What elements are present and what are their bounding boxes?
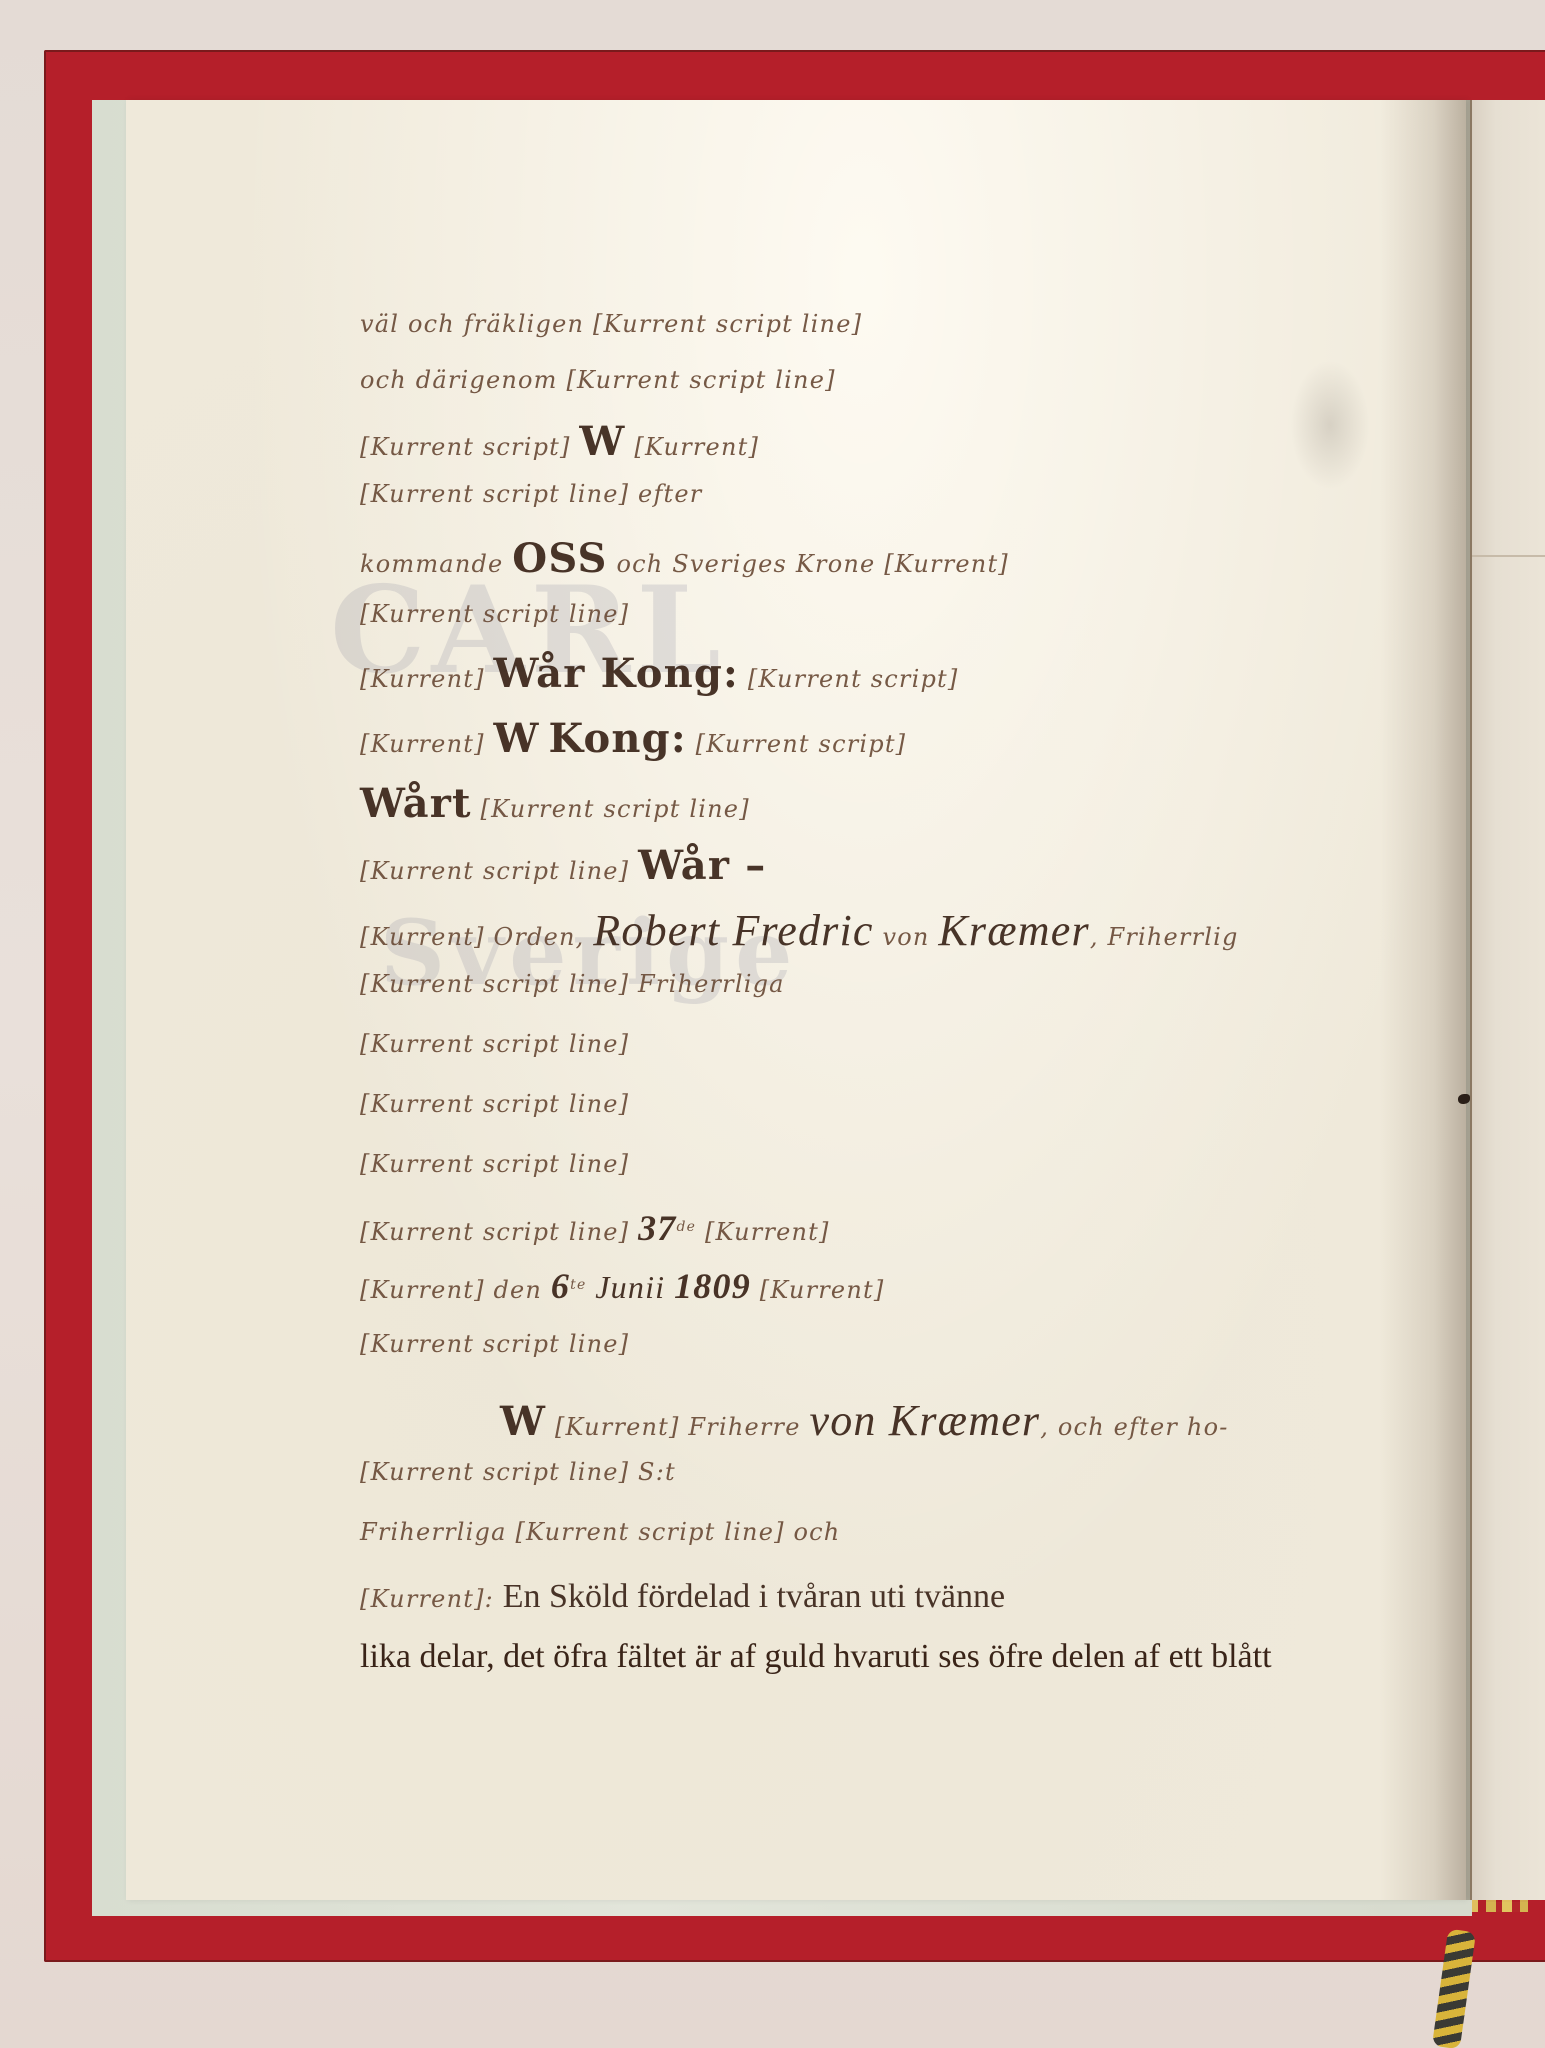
text-line: Wårt [Kurrent script line] bbox=[360, 780, 750, 827]
text-line: och därigenom [Kurrent script line] bbox=[360, 366, 836, 394]
text-line: [Kurrent script line] efter bbox=[360, 480, 702, 508]
text-line: [Kurrent script line] 37de [Kurrent] bbox=[360, 1207, 830, 1249]
text-line: [Kurrent script line] Friherrliga bbox=[360, 970, 785, 998]
blazon-text: lika delar, det öfra fältet är af guld h… bbox=[360, 1638, 1272, 1675]
text-line: kommande OSS och Sveriges Krone [Kurrent… bbox=[360, 535, 1009, 582]
text-line: [Kurrent]: En Sköld fördelad i tvåran ut… bbox=[360, 1578, 1005, 1616]
text-line: [Kurrent] W Kong: [Kurrent script] bbox=[360, 715, 906, 762]
text-line: [Kurrent script line] bbox=[360, 1030, 629, 1058]
date-year: 1809 bbox=[674, 1266, 751, 1306]
text-line: [Kurrent script line] S:t bbox=[360, 1458, 676, 1486]
gutter-shadow bbox=[1380, 100, 1470, 1900]
facing-page-fold bbox=[1472, 555, 1545, 557]
binding-tear bbox=[1458, 1094, 1470, 1104]
text-line: väl och fräkligen [Kurrent script line] bbox=[360, 310, 862, 338]
text-line: lika delar, det öfra fältet är af guld h… bbox=[360, 1638, 1272, 1676]
text-line: Friherrliga [Kurrent script line] och bbox=[360, 1518, 840, 1546]
text-line: [Kurrent] den 6te Junii 1809 [Kurrent] bbox=[360, 1265, 884, 1307]
text-line: [Kurrent script line] bbox=[360, 1150, 629, 1178]
blazon-text: En Sköld fördelad i tvåran uti tvänne bbox=[503, 1578, 1005, 1615]
text-line: [Kurrent script] W [Kurrent] bbox=[360, 418, 759, 465]
text-line: W [Kurrent] Friherre von Kræmer, och eft… bbox=[500, 1395, 1229, 1446]
text-line: [Kurrent script line] bbox=[360, 1090, 629, 1118]
text-line: [Kurrent] Orden, Robert Fredric von Kræm… bbox=[360, 905, 1239, 956]
text-line: [Kurrent script line] bbox=[360, 1330, 629, 1358]
facing-page-edge bbox=[1470, 100, 1545, 1900]
paper-stain bbox=[1290, 360, 1370, 490]
text-line: [Kurrent script line] bbox=[360, 600, 629, 628]
text-line: [Kurrent] Wår Kong: [Kurrent script] bbox=[360, 650, 958, 697]
grantee-name: Robert Fredric bbox=[593, 906, 873, 955]
text-line: [Kurrent script line] Wår – bbox=[360, 842, 766, 889]
